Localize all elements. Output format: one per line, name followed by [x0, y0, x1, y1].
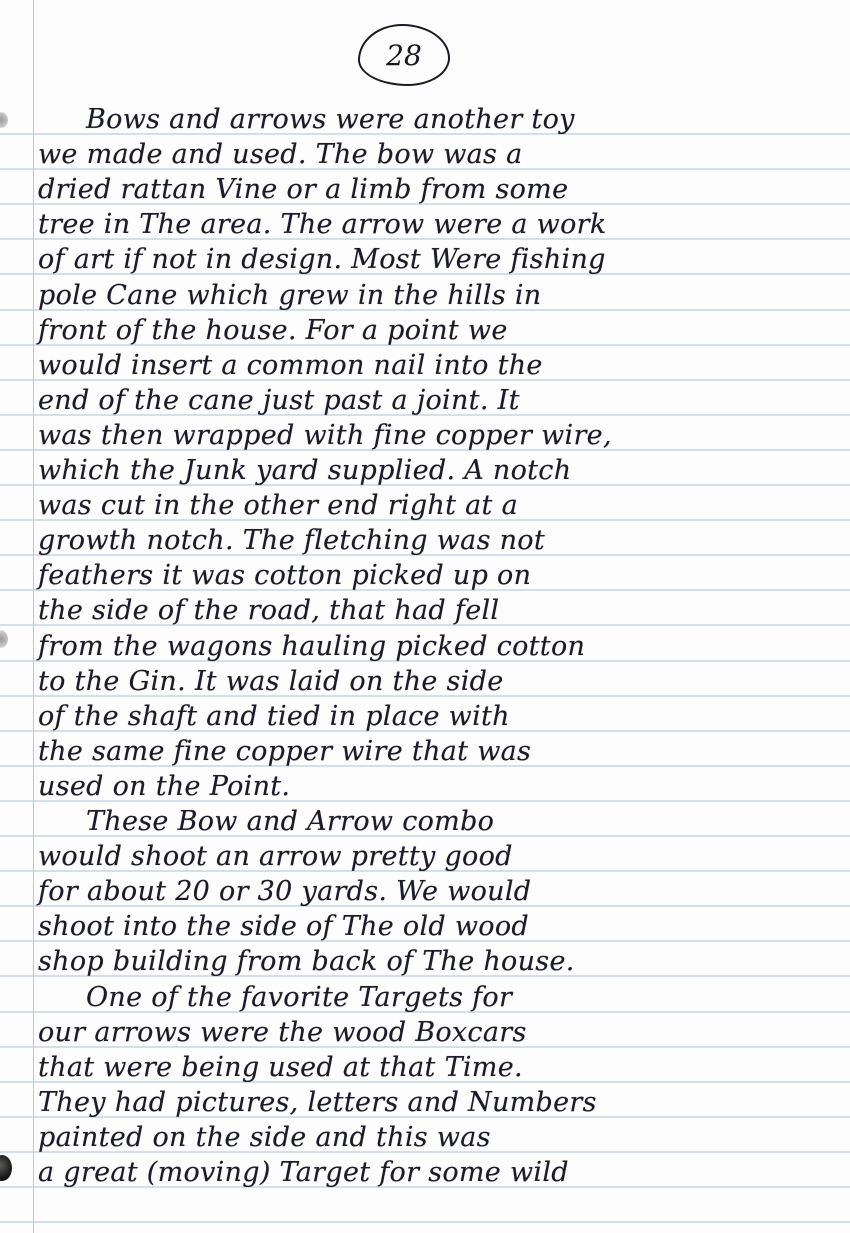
text-line: to the Gin. It was laid on the side	[38, 667, 838, 697]
text-line: that were being used at that Time.	[38, 1053, 838, 1083]
text-line: These Bow and Arrow combo	[86, 807, 850, 837]
text-line: was then wrapped with fine copper wire,	[38, 421, 838, 451]
text-line: growth notch. The fletching was not	[38, 526, 838, 556]
text-line: used on the Point.	[38, 772, 838, 802]
text-line: our arrows were the wood Boxcars	[38, 1018, 838, 1048]
text-line: we made and used. The bow was a	[38, 140, 838, 170]
text-line: was cut in the other end right at a	[38, 491, 838, 521]
text-line: end of the cane just past a joint. It	[38, 386, 838, 416]
ruled-line	[0, 1221, 850, 1223]
text-line: pole Cane which grew in the hills in	[38, 281, 838, 311]
text-line: which the Junk yard supplied. A notch	[38, 456, 838, 486]
text-line: They had pictures, letters and Numbers	[38, 1088, 838, 1118]
text-line: would shoot an arrow pretty good	[38, 842, 838, 872]
text-line: dried rattan Vine or a limb from some	[38, 175, 838, 205]
text-line: shop building from back of The house.	[38, 947, 838, 977]
punch-hole-top	[0, 112, 8, 128]
notebook-page: 28 Bows and arrows were another toywe ma…	[0, 0, 850, 1233]
text-line: of art if not in design. Most Were fishi…	[38, 245, 838, 275]
text-line: of the shaft and tied in place with	[38, 702, 838, 732]
text-line: feathers it was cotton picked up on	[38, 561, 838, 591]
text-line: the side of the road, that had fell	[38, 596, 838, 626]
text-line: a great (moving) Target for some wild	[38, 1158, 838, 1188]
text-line: painted on the side and this was	[38, 1123, 838, 1153]
text-line: the same fine copper wire that was	[38, 737, 838, 767]
text-line: One of the favorite Targets for	[86, 983, 850, 1013]
punch-hole-bottom	[0, 1155, 12, 1181]
text-line: front of the house. For a point we	[38, 316, 838, 346]
margin-line	[33, 0, 34, 1233]
punch-hole-middle	[0, 630, 8, 648]
text-line: for about 20 or 30 yards. We would	[38, 877, 838, 907]
page-number: 28	[358, 24, 450, 86]
text-line: shoot into the side of The old wood	[38, 912, 838, 942]
text-line: would insert a common nail into the	[38, 351, 838, 381]
text-line: Bows and arrows were another toy	[86, 105, 850, 135]
text-line: tree in The area. The arrow were a work	[38, 210, 838, 240]
text-line: from the wagons hauling picked cotton	[38, 632, 838, 662]
